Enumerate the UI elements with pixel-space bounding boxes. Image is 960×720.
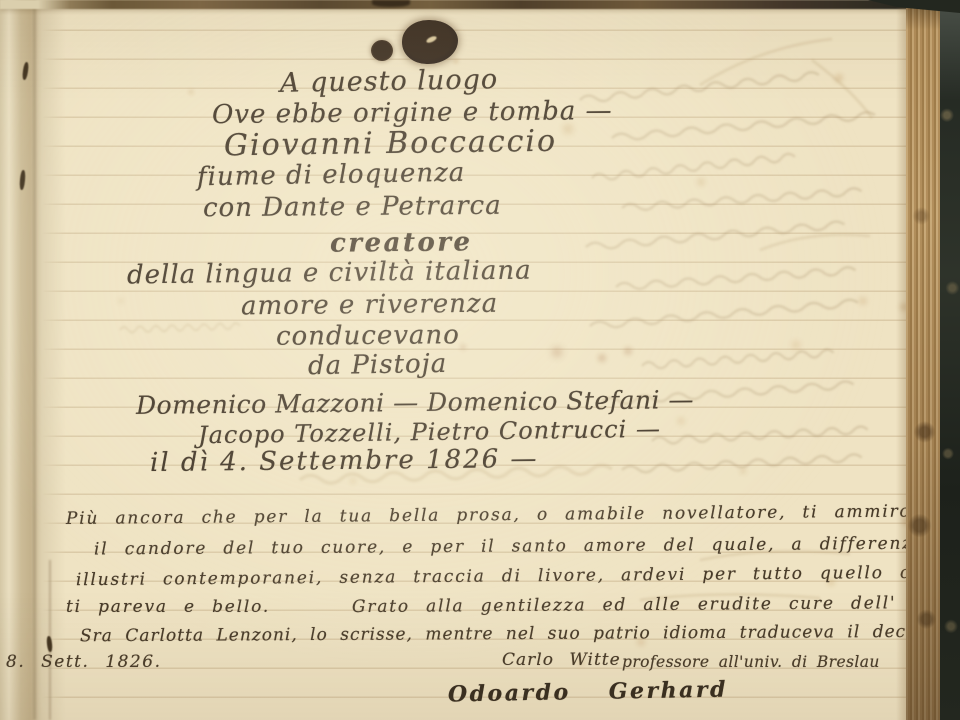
dedication-line-5: con Dante e Petrarca xyxy=(203,191,502,224)
ink-blot-highlight xyxy=(425,35,437,44)
top-edge-smudge xyxy=(372,0,410,7)
note-date: 8. Sett. 1826. xyxy=(6,652,161,672)
page-stack-edge xyxy=(906,0,940,720)
signature-title: professore all'univ. di Breslau xyxy=(622,653,880,671)
dedication-line-1: A questo luogo xyxy=(280,64,499,99)
dedication-line-10: da Pistoja xyxy=(308,349,448,381)
dedication-line-7: della lingua e civiltà italiana xyxy=(127,256,532,291)
dedication-line-3: Giovanni Boccaccio xyxy=(224,124,558,164)
dedication-line-4: fiume di eloquenza xyxy=(197,158,466,193)
dedication-line-8: amore e riverenza xyxy=(241,289,498,322)
dedication-line-9: conducevano xyxy=(276,320,460,352)
signature-carlo-witte: Carlo Witte xyxy=(502,650,621,670)
ink-blot-small xyxy=(371,40,393,61)
manuscript-photo: A questo luogo Ove ebbe origine e tomba … xyxy=(0,0,960,720)
gutter-crease xyxy=(33,0,36,720)
dedication-date: il dì 4. Settembre 1826 — xyxy=(150,444,539,478)
note-line-4: ti pareva e bello. xyxy=(66,597,270,617)
book-top-edge xyxy=(0,0,960,9)
book-cover-edge xyxy=(940,0,960,720)
dedication-line-6: creatore xyxy=(330,227,473,258)
note-line-5: Grato alla gentilezza ed alle erudite cu… xyxy=(352,593,939,617)
signature-odoardo-gerhard: Odoardo Gerhard xyxy=(448,677,728,708)
